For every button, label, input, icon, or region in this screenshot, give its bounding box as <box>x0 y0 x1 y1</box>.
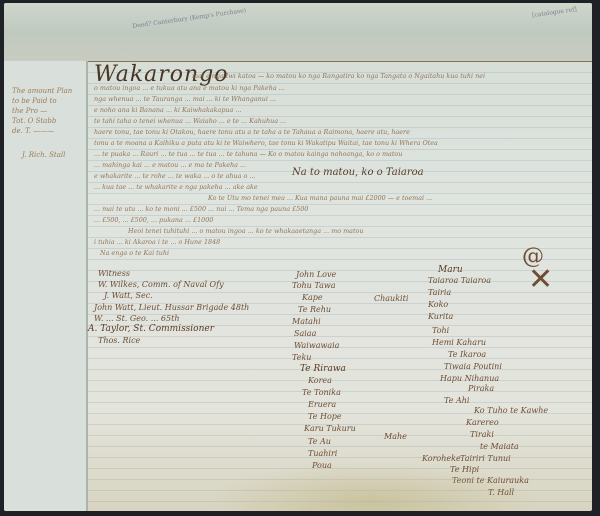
deed-text-line: Ko te Utu mo tenei mea ... Kua mana paun… <box>208 194 432 202</box>
chief-signature: Tohi <box>432 326 449 335</box>
chief-signature: Koko <box>428 300 448 309</box>
witness-signature: W. Wilkes, Comm. of Naval Ofy <box>98 280 224 289</box>
deed-text-line: ... mai te utu ... ko te moni ... £500 .… <box>94 205 308 213</box>
chief-signature: Tiraki <box>470 430 494 439</box>
witness-signature: John Watt, Lieut. Hussar Brigade 48th <box>94 303 249 312</box>
witness-signature: Thos. Rice <box>98 336 140 345</box>
deed-text-line: tonu a te moana a Kaihiku a puta atu ki … <box>94 139 438 147</box>
deed-text-line: haere tonu, tae tonu ki Otakou, haere to… <box>94 128 410 136</box>
folded-top-strip: Deed? Canterbury (Kemp's Purchase) [cata… <box>4 3 592 61</box>
deed-text-line: o matou ingoa ... e tukua atu ana e mato… <box>94 84 285 92</box>
margin-note: The amount Plan <box>12 87 72 95</box>
chief-signature: Waiwawaia <box>294 341 339 350</box>
chief-signature: Tuahiri <box>308 449 337 458</box>
witness-signature: J. Watt, Sec. <box>104 291 153 300</box>
chief-signature: Korea <box>308 376 332 385</box>
chief-signature: Maru <box>438 265 463 275</box>
deed-text-line: ... mahinga kai ... e matou ... e ma te … <box>94 161 246 169</box>
chief-signature: Te Ikaroa <box>448 350 486 359</box>
water-stain <box>208 462 538 511</box>
deed-body: Wakarongo mai e nga Iwi katoa — ko matou… <box>88 61 592 511</box>
chief-signature: Karu Tukuru <box>304 424 356 433</box>
deed-text-line: Na enga o te Kai tuhi <box>100 249 169 257</box>
deed-text-line: nga whenua ... te Tauranga ... mai ... k… <box>94 95 276 103</box>
chief-signature: John Love <box>296 270 336 279</box>
annotation-bracket: Chaukiti <box>374 294 408 303</box>
deed-text-line: ... te puaka ... Rauri ... te tua ... te… <box>94 150 402 158</box>
margin-note: J. Rich. Stall <box>22 151 65 159</box>
chief-signature: Kape <box>302 293 323 302</box>
cross-mark-icon: ✕ <box>528 262 553 297</box>
chief-signature: Ko Tuho te Kawhe <box>474 406 548 415</box>
chief-signature: Saiaa <box>294 329 316 338</box>
deed-text-line: e noho ana ki Banana ... ki Kaiwhakakapu… <box>94 106 241 114</box>
deed-text-line: ... £500, ... £500, ... pukana ... £1000 <box>94 216 213 224</box>
signature-opening: Na to matou, ko o Taiaroa <box>292 167 424 178</box>
chief-signature: Taiaroa Taiaroa <box>428 276 491 285</box>
chief-signature: Te Au <box>308 437 331 446</box>
archive-pencil-note-right: [catalogue ref] <box>532 6 577 19</box>
chief-signature: Hemi Kaharu <box>432 338 486 347</box>
deed-text-line: mai e nga Iwi katoa — ko matou ko nga Ra… <box>192 72 485 80</box>
document-sheet: Deed? Canterbury (Kemp's Purchase) [cata… <box>4 3 592 511</box>
chief-signature: Matahi <box>292 317 321 326</box>
witness-signature: A. Taylor, St. Commissioner <box>88 324 214 334</box>
deed-text-line: i tuhia ... ki Akaroa i te ... o Hune 18… <box>94 238 220 246</box>
chief-signature: Tairia <box>428 288 451 297</box>
deed-text-line: ... kua tae ... te whakarite e nga pakeh… <box>94 183 258 191</box>
chief-signature: Teku <box>292 353 311 362</box>
chief-signature: Te Ahi <box>444 396 469 405</box>
chief-signature: Te Hope <box>308 412 342 421</box>
chief-signature: Tiwaia Poutini <box>444 362 502 371</box>
chief-signature: Hapu Nihanua <box>440 374 499 383</box>
chief-signature: Te Rehu <box>298 305 331 314</box>
margin-note: de. T. ——— <box>12 127 54 135</box>
chief-signature: Tohu Tawa <box>292 281 335 290</box>
chief-signature: Te Rirawa <box>300 364 346 374</box>
chief-signature: Karereo <box>466 418 499 427</box>
deed-text-line: Heoi tenei tuhituhi ... o matou ingoa ..… <box>128 227 364 235</box>
deed-text-line: e whakarite ... te rohe ... te waka ... … <box>94 172 255 180</box>
chief-signature: Eruera <box>308 400 336 409</box>
margin-note: to be Paid to <box>12 97 57 105</box>
witness-signature: Witness <box>98 269 130 278</box>
deed-text-line: te tahi taha o tenei whenua ... Waiaho .… <box>94 117 286 125</box>
margin-note: the Pro — <box>12 107 47 115</box>
left-margin: The amount Plan to be Paid to the Pro — … <box>4 61 88 511</box>
chief-signature: Kurita <box>428 312 453 321</box>
chief-signature: Mahe <box>384 432 407 441</box>
chief-signature: Te Tonika <box>302 388 341 397</box>
archive-pencil-note-left: Deed? Canterbury (Kemp's Purchase) <box>132 7 246 30</box>
witness-signature: W. ... St. Geo. ... 65th <box>94 314 179 323</box>
chief-signature: te Maiata <box>480 442 519 451</box>
chief-signature: Piraka <box>468 384 494 393</box>
margin-note: Tot. O Stabb <box>12 117 56 125</box>
